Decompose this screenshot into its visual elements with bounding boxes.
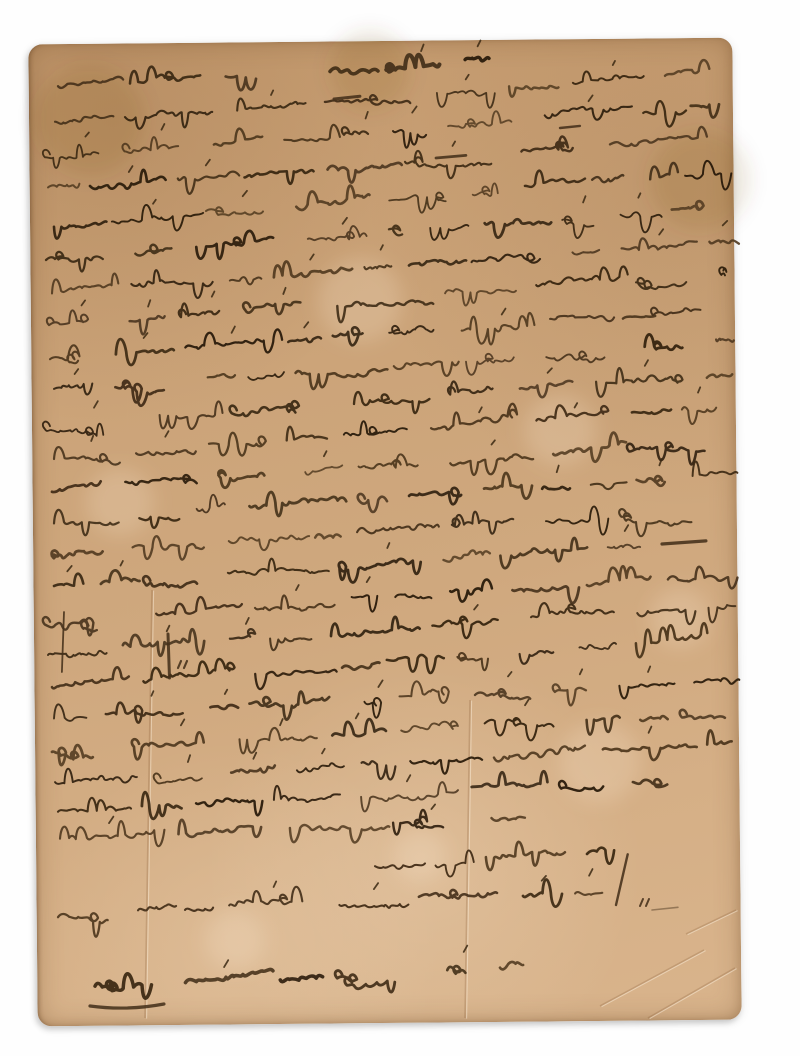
postcard bbox=[28, 38, 741, 1027]
photo-background bbox=[0, 0, 800, 1056]
